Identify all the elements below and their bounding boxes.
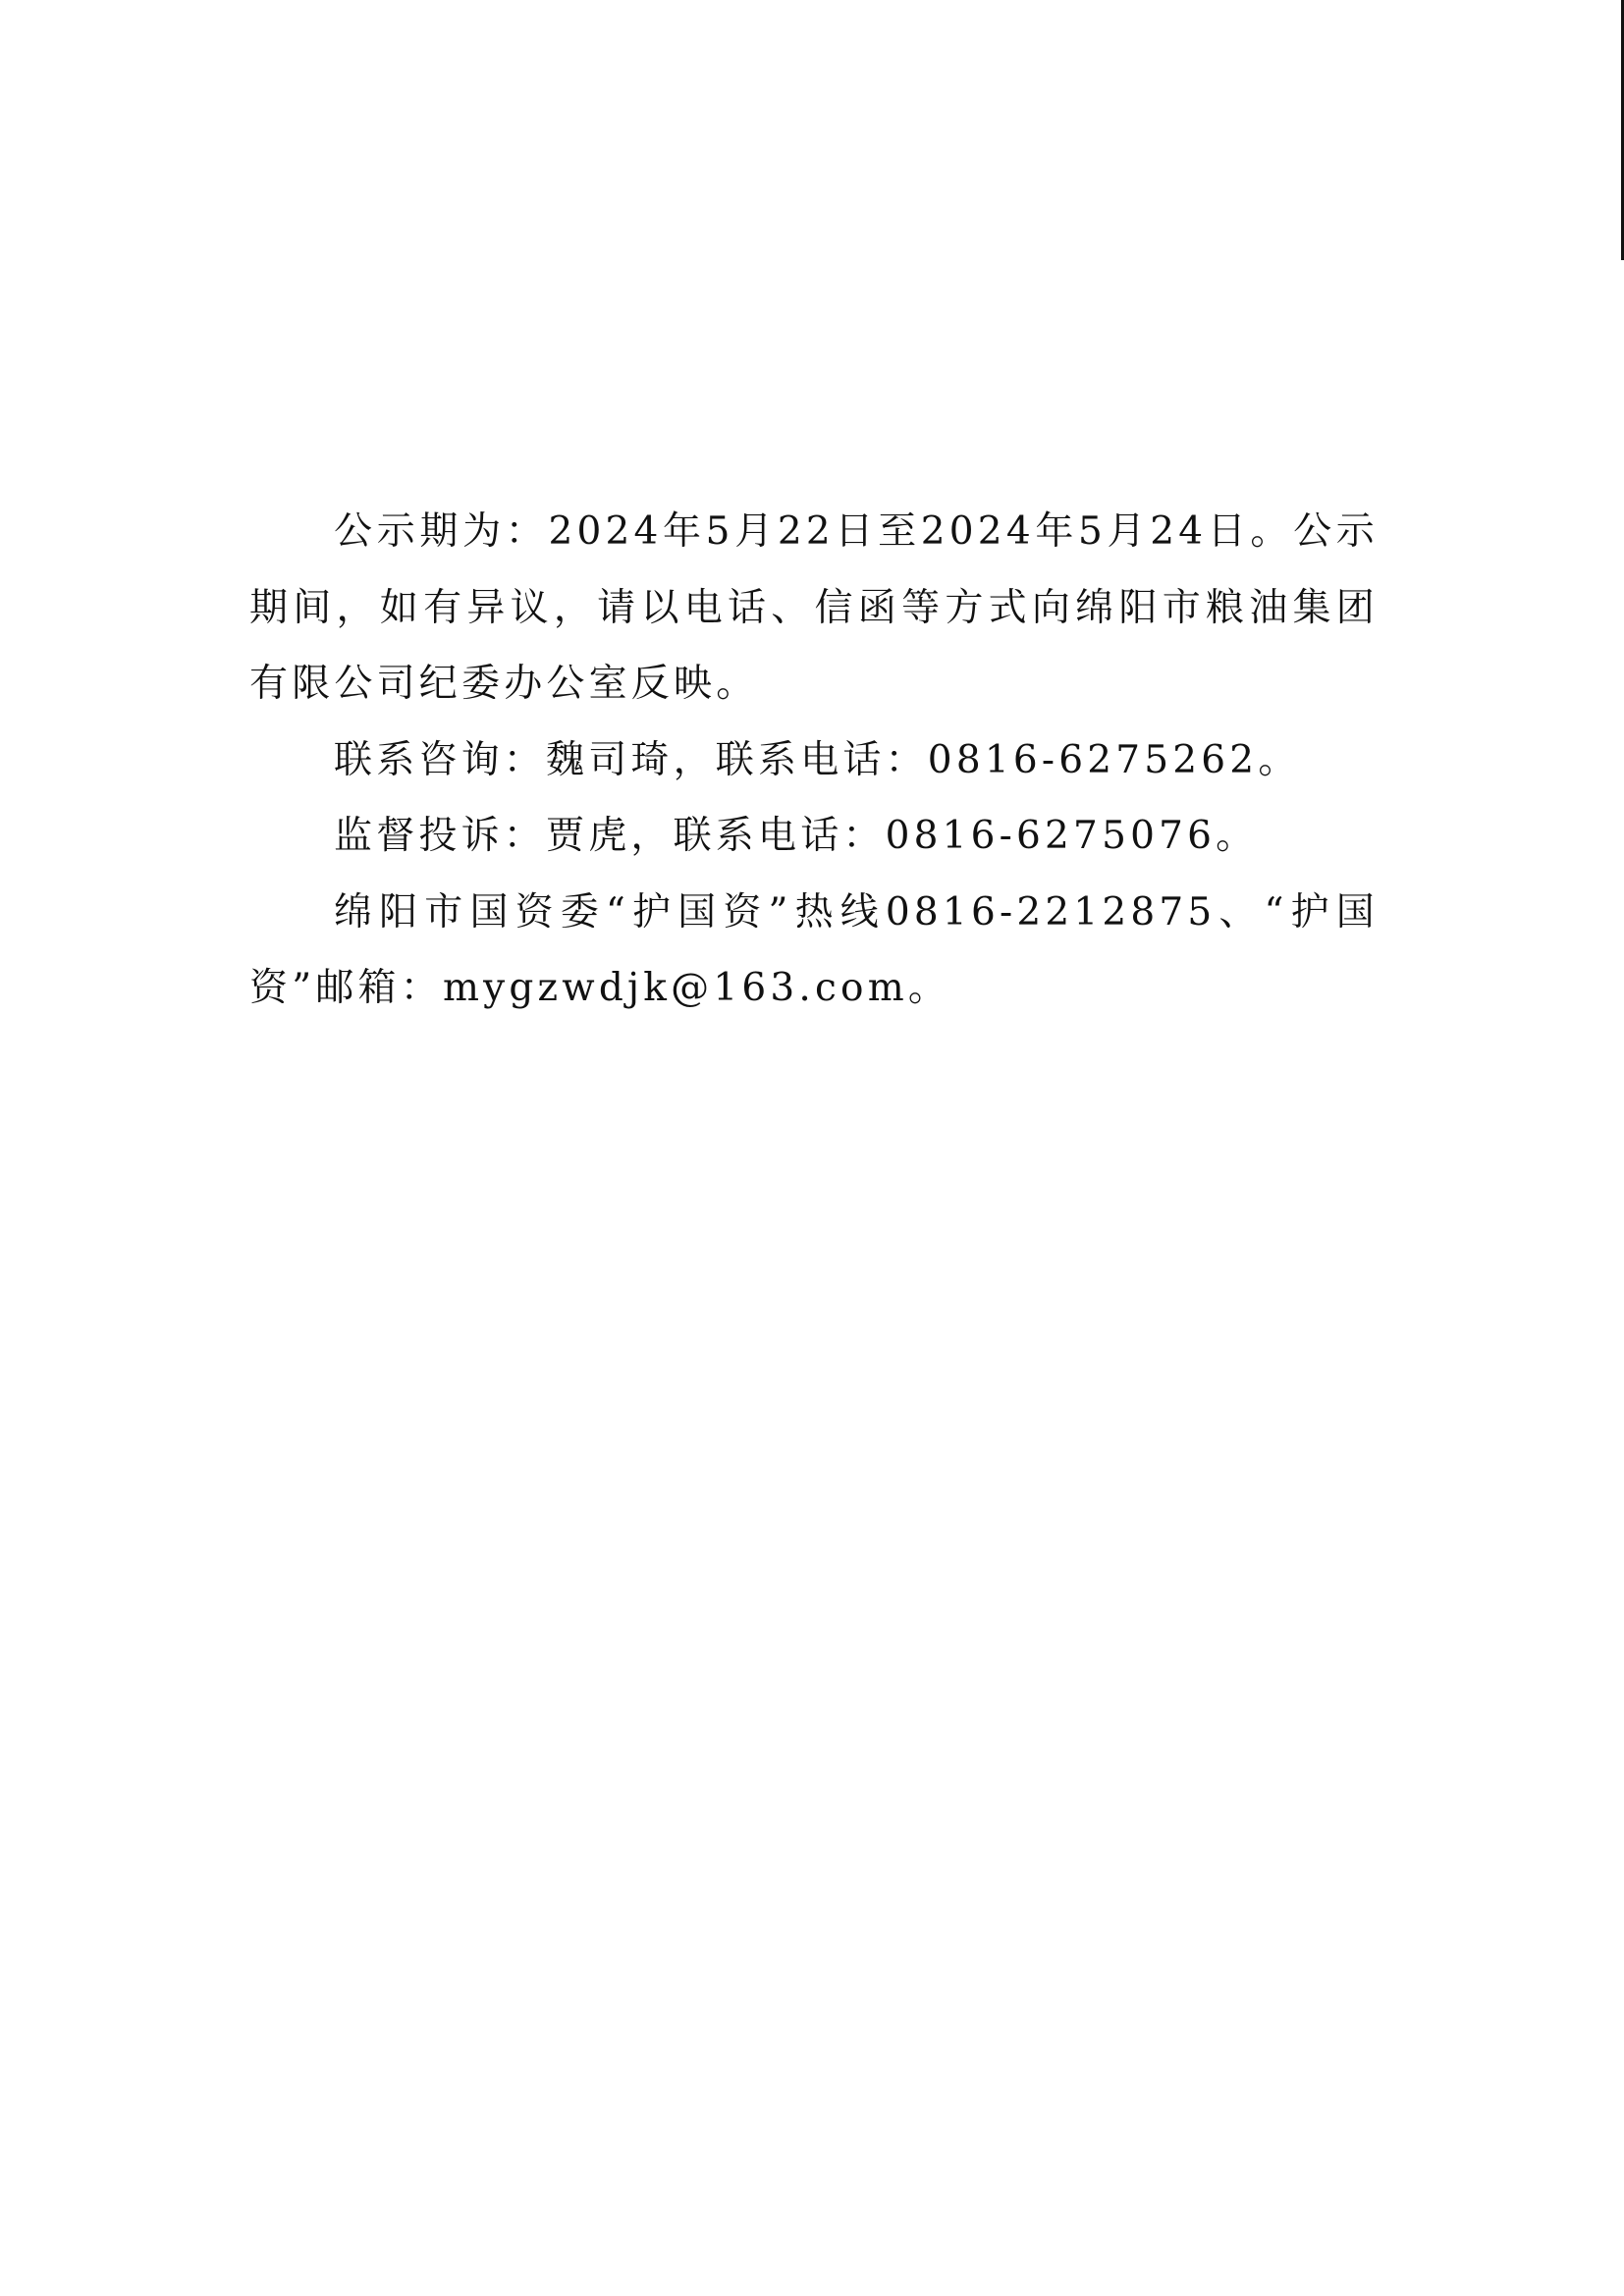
notice-body: 公示期为：2024年5月22日至2024年5月24日。公示期间，如有异议，请以电… bbox=[249, 494, 1379, 1027]
paragraph-hotline-email: 绵阳市国资委“护国资”热线0816-2212875、“护国资”邮箱：mygzwd… bbox=[249, 875, 1379, 1027]
paragraph-contact-inquiry: 联系咨询：魏司琦，联系电话：0816-6275262。 bbox=[249, 722, 1379, 799]
paragraph-notice-period: 公示期为：2024年5月22日至2024年5月24日。公示期间，如有异议，请以电… bbox=[249, 494, 1379, 722]
document-page: 公示期为：2024年5月22日至2024年5月24日。公示期间，如有异议，请以电… bbox=[0, 0, 1624, 2296]
paragraph-supervision-complaint: 监督投诉：贾虎，联系电话：0816-6275076。 bbox=[249, 798, 1379, 875]
